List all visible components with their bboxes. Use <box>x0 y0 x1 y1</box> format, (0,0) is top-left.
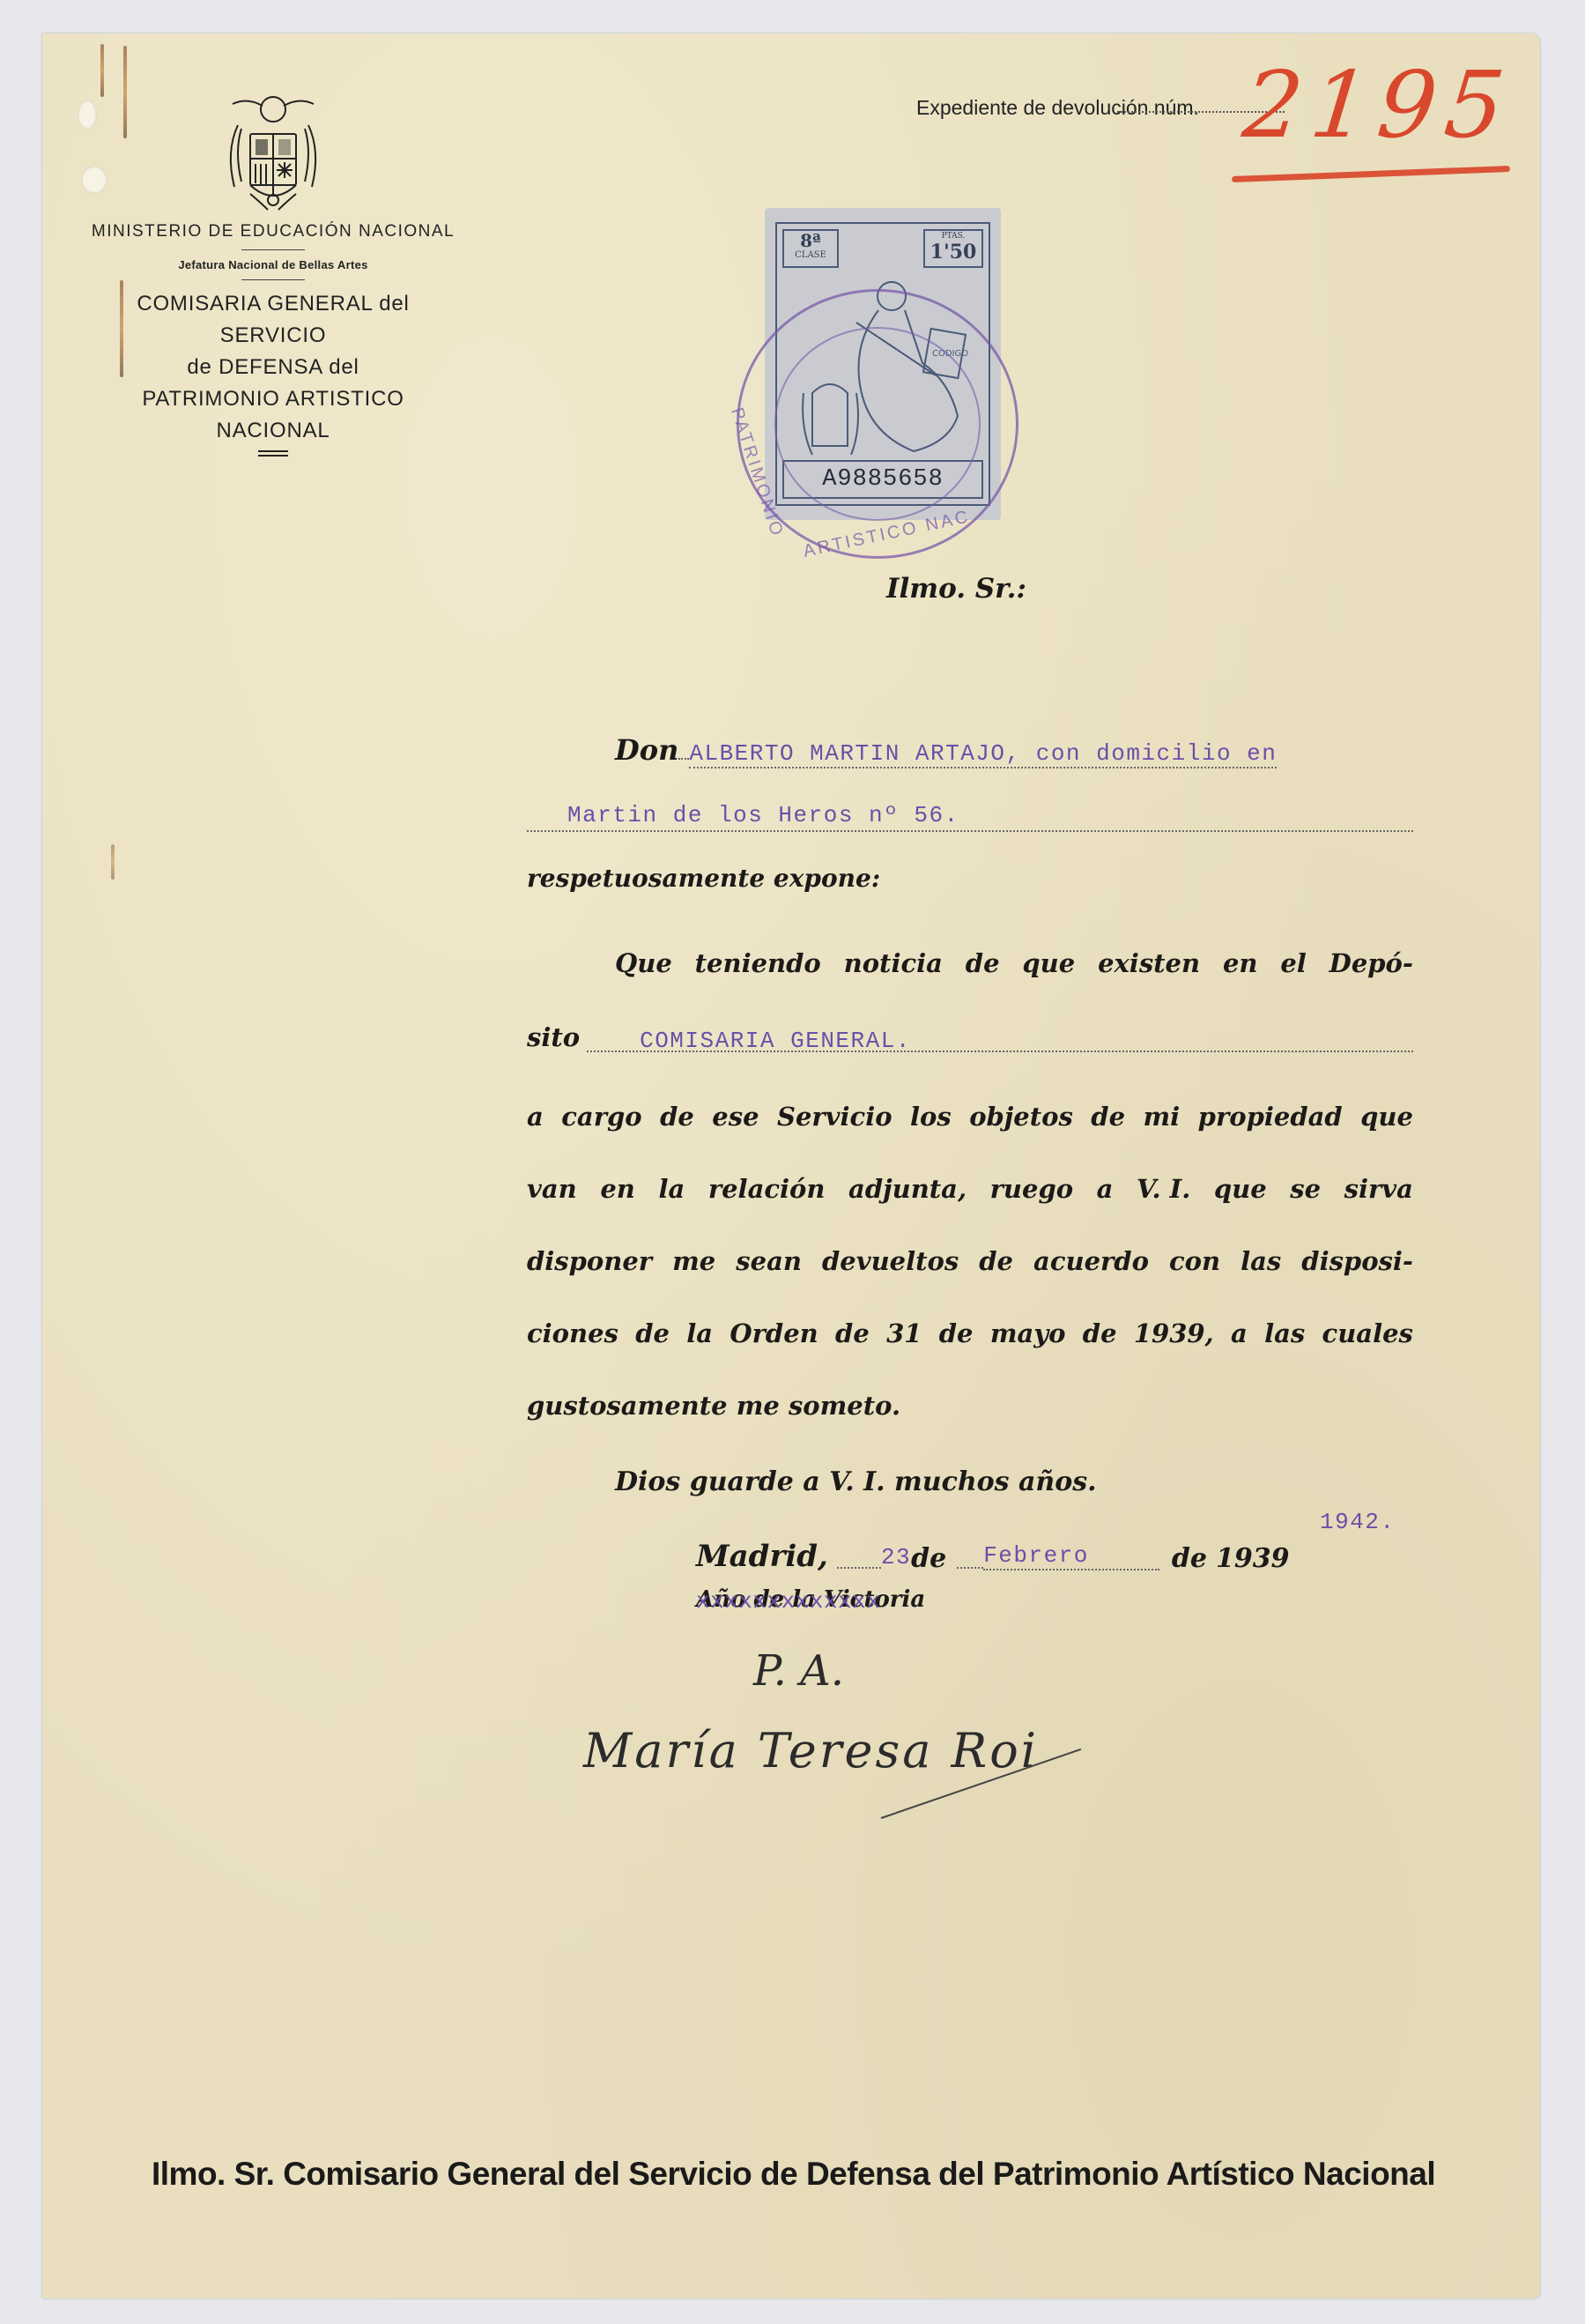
word: de <box>1091 1102 1125 1132</box>
word: Orden <box>730 1318 818 1348</box>
stamp-class-number: 8ª <box>784 231 837 250</box>
body-line-7: gustosamente me someto. <box>527 1391 1413 1421</box>
address-line: Martin de los Heros nº 56. <box>527 798 1413 832</box>
ministry-name: MINISTERIO DE EDUCACIÓN NACIONAL <box>88 222 458 241</box>
body-line-5: disponer me sean devueltos de acuerdo co… <box>527 1246 1413 1276</box>
stamp-class-box: 8ª CLASE <box>782 229 839 268</box>
expediente-label: Expediente de devolución núm. <box>916 96 1199 120</box>
word: a <box>1097 1174 1114 1204</box>
word: van <box>527 1174 577 1204</box>
spanish-coat-of-arms-icon <box>220 90 326 213</box>
word: que <box>1214 1174 1267 1204</box>
deposito-value: COMISARIA GENERAL. <box>640 1028 911 1054</box>
petitioner-address: Martin de los Heros nº 56. <box>567 802 959 828</box>
printed-year: 1939 <box>1216 1543 1290 1574</box>
word: la <box>658 1174 685 1204</box>
word: noticia <box>844 948 943 978</box>
word: de <box>979 1246 1013 1276</box>
word: de <box>939 1318 974 1348</box>
letterhead: MINISTERIO DE EDUCACIÓN NACIONAL Jefatur… <box>88 90 458 457</box>
body-line-1: Que teniendo noticia de que existen en e… <box>527 948 1413 978</box>
month: Febrero <box>983 1542 1159 1570</box>
word: en <box>1223 948 1258 978</box>
word: de <box>966 948 1000 978</box>
word: sirva <box>1344 1174 1413 1204</box>
word: cargo <box>561 1102 641 1132</box>
word: objetos <box>969 1102 1073 1132</box>
addressee-footer: Ilmo. Sr. Comisario General del Servicio… <box>152 2156 1435 2193</box>
word: adjunta, <box>848 1174 967 1204</box>
signature-pa: P. A. <box>753 1646 844 1696</box>
word: cuales <box>1322 1318 1413 1348</box>
word: me <box>672 1246 715 1276</box>
don-label: Don <box>615 733 678 767</box>
body-line-4: van en la relación adjunta, ruego a V. I… <box>527 1174 1413 1204</box>
word: propiedad <box>1198 1102 1343 1132</box>
word: ciones <box>527 1318 618 1348</box>
department-name: Jefatura Nacional de Bellas Artes <box>88 258 458 271</box>
word: disposi- <box>1301 1246 1413 1276</box>
commission-line: de DEFENSA del <box>88 352 458 383</box>
word: existen <box>1098 948 1200 978</box>
divider <box>241 279 305 280</box>
deposito-label: sito <box>527 1022 580 1052</box>
word: con <box>1169 1246 1220 1276</box>
petitioner-line: DonALBERTO MARTIN ARTAJO, con domicilio … <box>527 733 1413 768</box>
word: de <box>1083 1318 1117 1348</box>
word: el <box>1280 948 1306 978</box>
word: a <box>527 1102 544 1132</box>
city: Madrid, <box>696 1539 828 1574</box>
word: se <box>1290 1174 1321 1204</box>
word: de <box>660 1102 694 1132</box>
word: devueltos <box>822 1246 959 1276</box>
commission-line: COMISARIA GENERAL del SERVICIO <box>88 288 458 352</box>
word: relación <box>708 1174 826 1204</box>
word: V. I. <box>1137 1174 1190 1204</box>
stamp-class-label: CLASE <box>784 250 837 261</box>
word: Servicio <box>777 1102 892 1132</box>
handwritten-signature: María Teresa Roi <box>583 1723 1039 1778</box>
word: mayo <box>990 1318 1066 1348</box>
word: Que <box>615 948 672 978</box>
de-label: de <box>911 1543 946 1574</box>
typed-strikeout: xxxxxxxxxxxxx <box>696 1588 880 1615</box>
word: las <box>1241 1246 1281 1276</box>
word: la <box>686 1318 713 1348</box>
body-line-6: ciones de la Orden de 31 de mayo de 1939… <box>527 1318 1413 1348</box>
stamp-value: 1'50 <box>925 241 981 263</box>
commission-line: PATRIMONIO ARTISTICO NACIONAL <box>88 383 458 447</box>
seal-inner-ring <box>774 327 981 521</box>
word: acuerdo <box>1033 1246 1149 1276</box>
word: Depó- <box>1329 948 1413 978</box>
expone-line: respetuosamente expone: <box>527 864 1413 893</box>
word: a <box>1231 1318 1248 1348</box>
salutation: Ilmo. Sr.: <box>886 573 1026 605</box>
typed-year: 1942. <box>1320 1509 1396 1535</box>
word: los <box>910 1102 952 1132</box>
rust-mark <box>111 844 115 880</box>
word: las <box>1264 1318 1305 1348</box>
word: de <box>835 1318 870 1348</box>
word: de <box>635 1318 670 1348</box>
expediente-number: 2195 <box>1239 51 1518 159</box>
word: ese <box>712 1102 759 1132</box>
word: disponer <box>527 1246 652 1276</box>
word: 1939, <box>1134 1318 1214 1348</box>
body-line-3: a cargo de ese Servicio los objetos de m… <box>527 1102 1413 1132</box>
day: 23 <box>881 1544 911 1570</box>
word: teniendo <box>695 948 821 978</box>
word: 31 <box>886 1318 922 1348</box>
double-rule <box>258 450 288 457</box>
closing-line: Dios guarde a V. I. muchos años. <box>527 1466 1413 1497</box>
dateline: Madrid, 23 de Febrero de 1939 <box>696 1539 1401 1574</box>
word: mi <box>1144 1102 1181 1132</box>
petitioner-name: ALBERTO MARTIN ARTAJO, con domicilio en <box>689 740 1277 768</box>
de-label: de <box>1172 1543 1207 1574</box>
struck-era-line: Año de la Victoria xxxxxxxxxxxxx <box>696 1586 925 1613</box>
stamp-value-box: PTAS. 1'50 <box>923 229 983 268</box>
deposito-line: sito COMISARIA GENERAL. <box>527 1022 1413 1052</box>
printed-year-text: 1939 <box>1216 1543 1290 1574</box>
divider <box>241 249 305 250</box>
word: sean <box>736 1246 802 1276</box>
word: ruego <box>990 1174 1073 1204</box>
rust-mark <box>100 44 104 97</box>
word: que <box>1360 1102 1413 1132</box>
word: que <box>1022 948 1075 978</box>
word: en <box>600 1174 635 1204</box>
